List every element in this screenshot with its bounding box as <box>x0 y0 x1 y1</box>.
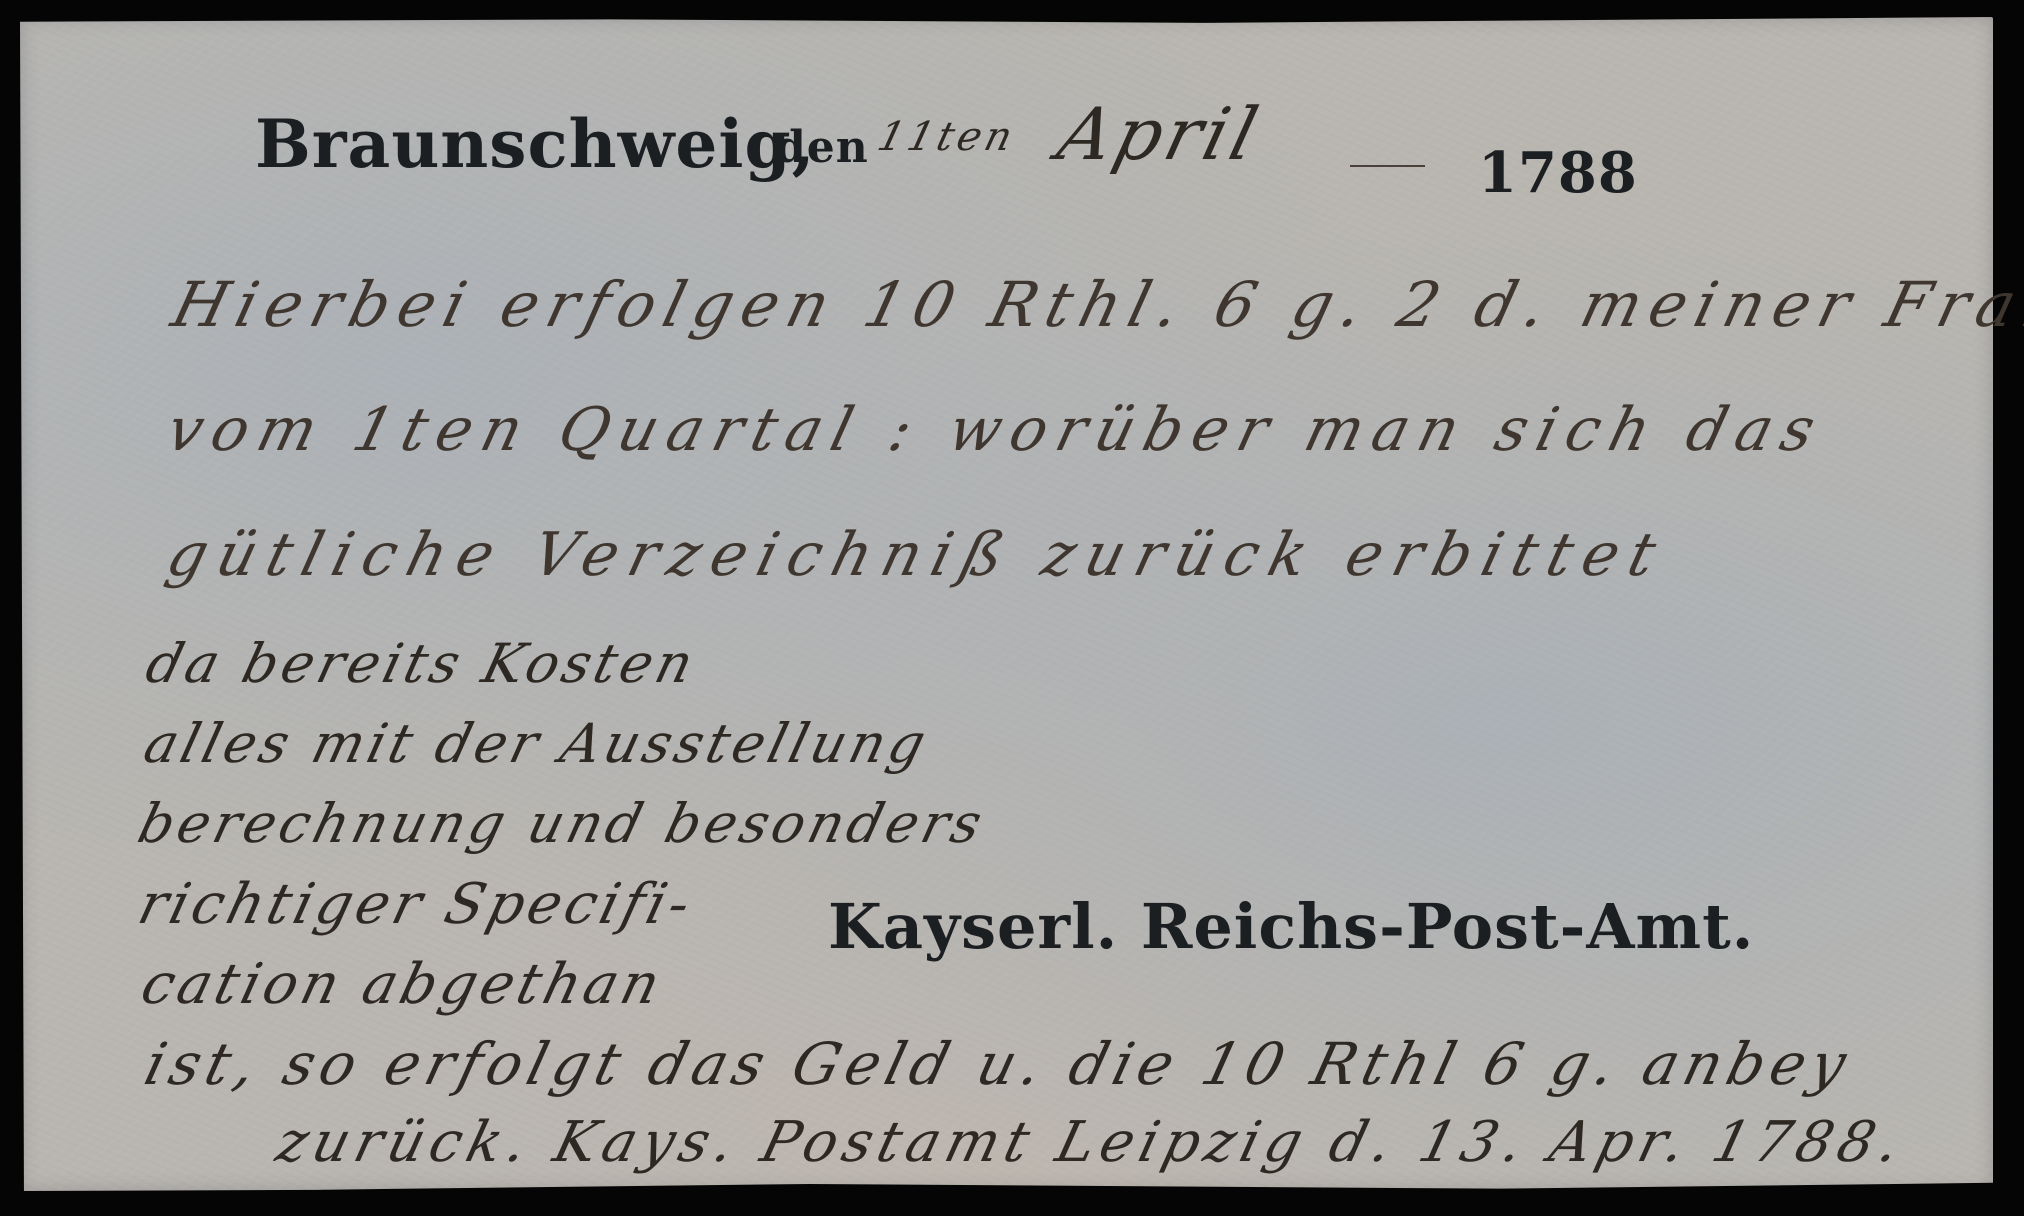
post-office-imprint: Kayserl. Reichs-Post-Amt. <box>828 890 1754 963</box>
annotation-line-6: ist, so erfolgt das Geld u. die 10 Rthl … <box>138 1030 1859 1098</box>
annotation-line-1: da bereits Kosten <box>140 632 703 695</box>
printed-den: den <box>775 122 869 173</box>
body-line-2: vom 1ten Quartal : worüber man sich das <box>160 395 1832 465</box>
handwritten-month: April <box>1050 92 1270 176</box>
annotation-line-2: alles mit der Ausstellung <box>138 712 936 775</box>
scan-background: Braunschweig, den 11ten April 1788 Hierb… <box>0 0 2024 1216</box>
handwritten-day: 11ten <box>873 114 1021 160</box>
printed-year: 1788 <box>1478 140 1638 206</box>
date-rule <box>1350 165 1425 167</box>
body-line-1: Hierbei erfolgen 10 Rthl. 6 g. 2 d. mein… <box>165 268 2024 341</box>
body-line-3: gütliche Verzeichniß zurück erbittet <box>160 520 1674 590</box>
annotation-line-5: cation abgethan <box>135 952 670 1017</box>
printed-place: Braunschweig, <box>255 105 816 183</box>
annotation-line-3: berechnung und besonders <box>132 792 992 855</box>
annotation-line-4: richtiger Specifi- <box>132 872 700 937</box>
annotation-line-7: zurück. Kays. Postamt Leipzig d. 13. Apr… <box>270 1110 1912 1175</box>
